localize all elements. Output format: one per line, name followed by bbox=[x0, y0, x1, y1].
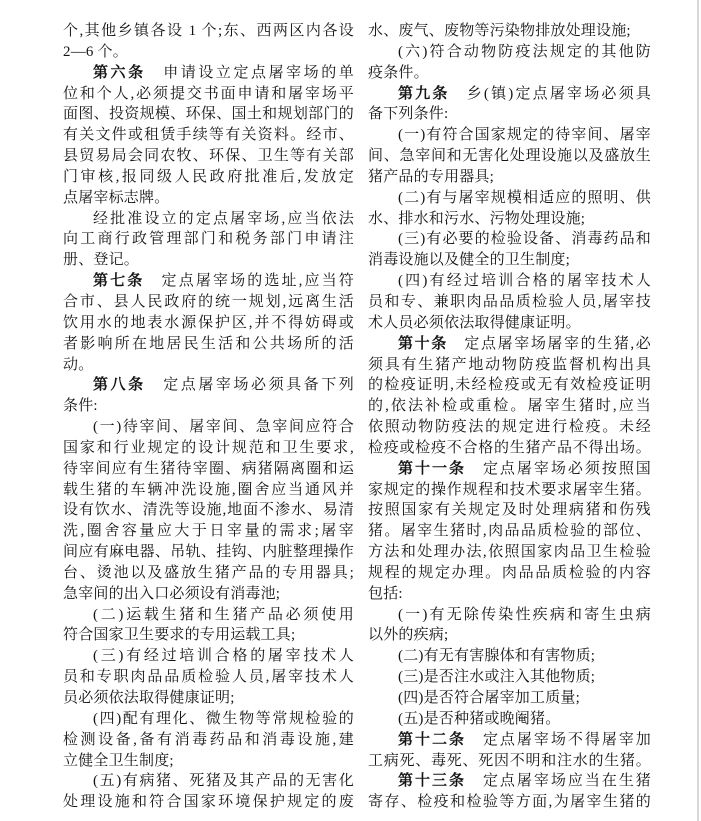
text-run: 台、烫池以及盛放生猪产品的专用器具; bbox=[63, 565, 354, 581]
text-line: 向工商行政管理部门和税务部门申请注 bbox=[63, 229, 354, 250]
text-run: 册、登记。 bbox=[63, 252, 139, 268]
text-run: 定点屠宰场必须按照国 bbox=[466, 461, 651, 477]
text-run: 合市、县人民政府的统一规划,远离生活 bbox=[63, 294, 354, 310]
text-run: 以外的疾病; bbox=[368, 627, 448, 643]
text-line: 猪产品的专用器具; bbox=[368, 167, 651, 188]
text-line: 第十一条 定点屠宰场必须按照国 bbox=[368, 459, 651, 480]
text-line: 方法和处理办法,依照国家肉品卫生检验 bbox=[368, 542, 651, 563]
text-run: (四)有经过培训合格的屠宰技术人 bbox=[398, 273, 651, 289]
text-run: 消毒设施以及健全的卫生制度; bbox=[368, 252, 570, 268]
text-run: 处理设施和符合国家环境保护规定的废 bbox=[63, 794, 354, 810]
text-line: 间、急宰间和无害化处理设施以及盛放生 bbox=[368, 146, 651, 167]
text-line: 第十条 定点屠宰场屠宰的生猪,必 bbox=[368, 334, 651, 355]
text-line: (一)有符合国家规定的待宰间、屠宰 bbox=[368, 125, 651, 146]
text-run: 定点屠宰场应当在生猪 bbox=[466, 773, 651, 789]
text-line: (一)待宰间、屠宰间、急宰间应符合 bbox=[63, 417, 354, 438]
text-line: 的,依法补检或重检。屠宰生猪时,应当 bbox=[368, 396, 651, 417]
text-line: 须具有生猪产地动物防疫监督机构出具 bbox=[368, 355, 651, 376]
text-run: (四)是否符合屠宰加工质量; bbox=[398, 690, 580, 706]
text-line: 第八条 定点屠宰场必须具备下列 bbox=[63, 375, 354, 396]
text-run: 个,其他乡镇各设 1 个;东、西两区内各设 bbox=[63, 23, 354, 39]
text-line: 猪。屠宰生猪时,肉品品质检验的部位、 bbox=[368, 521, 651, 542]
text-run: 县贸易局会同农牧、环保、卫生等有关部 bbox=[63, 148, 354, 164]
article-number-term: 第十二条 bbox=[398, 732, 466, 748]
text-line: 第六条 申请设立定点屠宰场的单 bbox=[63, 63, 354, 84]
text-line: 家规定的操作规程和技术要求屠宰生猪。 bbox=[368, 480, 651, 501]
text-line: 立健全卫生制度; bbox=[63, 751, 354, 772]
text-line: (三)有经过培训合格的屠宰技术人 bbox=[63, 646, 354, 667]
text-line: 员和专、兼职肉品品质检验人员,屠宰技 bbox=[368, 292, 651, 313]
text-line: (四)配有理化、微生物等常规检验的 bbox=[63, 709, 354, 730]
text-run: 立健全卫生制度; bbox=[63, 753, 174, 769]
article-number-term: 第十条 bbox=[398, 336, 448, 352]
text-run: 员和专、兼职肉品品质检验人员,屠宰技 bbox=[368, 294, 651, 310]
text-line: 检测设备,备有消毒药品和消毒设施,建 bbox=[63, 730, 354, 751]
text-run: (五)是否种猪或晚阉猪。 bbox=[398, 711, 560, 727]
text-run: 寄存、检疫和检验等方面,为屠宰生猪的 bbox=[368, 794, 651, 810]
text-run: 猪。屠宰生猪时,肉品品质检验的部位、 bbox=[368, 523, 651, 539]
text-run: 符合国家卫生要求的专用运载工具; bbox=[63, 627, 295, 643]
text-line: 饮用水的地表水源保护区,并不得妨碍或 bbox=[63, 313, 354, 334]
text-run: 水、排水和污水、污物处理设施; bbox=[368, 211, 585, 227]
text-run: 门审核,报同级人民政府批准后,发放定 bbox=[63, 169, 354, 185]
text-run: (三)有必要的检验设备、消毒药品和 bbox=[398, 231, 651, 247]
text-line: 洗,圈舍容量应大于日宰量的需求;屠宰 bbox=[63, 521, 354, 542]
text-run: 乡(镇)定点屠宰场必须具 bbox=[450, 86, 651, 102]
text-run: 洗,圈舍容量应大于日宰量的需求;屠宰 bbox=[63, 523, 354, 539]
text-run: 检测设备,备有消毒药品和消毒设施,建 bbox=[63, 732, 354, 748]
text-run: 依照动物防疫法的规定进行检疫。未经 bbox=[368, 419, 651, 435]
text-run: (二)有与屠宰规模相适应的照明、供 bbox=[398, 190, 651, 206]
text-run: 待宰间应有生猪待宰圈、病猪隔离圈和运 bbox=[63, 461, 354, 477]
text-line: 术人员必须依法取得健康证明。 bbox=[368, 313, 651, 334]
text-run: (一)有无除传染性疾病和寄生虫病 bbox=[398, 607, 651, 623]
article-number-term: 第十三条 bbox=[398, 773, 466, 789]
text-line: 2—6 个。 bbox=[63, 42, 354, 63]
text-run: 的,依法补检或重检。屠宰生猪时,应当 bbox=[368, 398, 651, 414]
text-line: (二)运载生猪和生猪产品必须使用 bbox=[63, 605, 354, 626]
text-run: (三)是否注水或注入其他物质; bbox=[398, 669, 595, 685]
text-line: 合市、县人民政府的统一规划,远离生活 bbox=[63, 292, 354, 313]
text-run: 检疫或检疫不合格的生猪产品不得出场。 bbox=[368, 440, 651, 456]
text-column-left: 个,其他乡镇各设 1 个;东、西两区内各设2—6 个。第六条 申请设立定点屠宰场… bbox=[63, 21, 354, 813]
text-line: 位和个人,必须提交书面申请和屠宰场平 bbox=[63, 84, 354, 105]
text-run: 疫条件。 bbox=[368, 65, 429, 81]
text-line: 的检疫证明,未经检疫或无有效检疫证明 bbox=[368, 375, 651, 396]
text-line: 载生猪的车辆冲洗设施,圈舍应当通风并 bbox=[63, 480, 354, 501]
text-line: 册、登记。 bbox=[63, 250, 354, 271]
article-number-term: 第十一条 bbox=[398, 461, 466, 477]
text-column-right: 水、废气、废物等污染物排放处理设施;(六)符合动物防疫法规定的其他防疫条件。第九… bbox=[368, 21, 651, 813]
text-line: 设有饮水、清洗等设施,地面不渗水、易清 bbox=[63, 500, 354, 521]
text-run: 方法和处理办法,依照国家肉品卫生检验 bbox=[368, 544, 651, 560]
text-line: 以外的疾病; bbox=[368, 625, 651, 646]
text-run: (三)有经过培训合格的屠宰技术人 bbox=[93, 648, 354, 664]
text-run: 定点屠宰场不得屠宰加 bbox=[466, 732, 651, 748]
text-line: 寄存、检疫和检验等方面,为屠宰生猪的 bbox=[368, 792, 651, 813]
text-line: 疫条件。 bbox=[368, 63, 651, 84]
text-run: (一)待宰间、屠宰间、急宰间应符合 bbox=[93, 419, 354, 435]
text-run: 申请设立定点屠宰场的单 bbox=[146, 65, 354, 81]
text-run: 备下列条件: bbox=[368, 106, 448, 122]
text-run: 定点屠宰场的选址,应当符 bbox=[144, 273, 354, 289]
text-line: (四)是否符合屠宰加工质量; bbox=[368, 688, 651, 709]
text-line: 者影响所在地居民生活和公共场所的活 bbox=[63, 334, 354, 355]
text-line: 水、排水和污水、污物处理设施; bbox=[368, 209, 651, 230]
text-run: 间应有麻电器、吊轨、挂钩、内脏整理操作 bbox=[63, 544, 354, 560]
text-line: 国家和行业规定的设计规范和卫生要求, bbox=[63, 438, 354, 459]
text-line: 员必须依法取得健康证明; bbox=[63, 688, 354, 709]
text-run: (六)符合动物防疫法规定的其他防 bbox=[398, 44, 651, 60]
text-run: 家规定的操作规程和技术要求屠宰生猪。 bbox=[368, 482, 651, 498]
text-run: 水、废气、废物等污染物排放处理设施; bbox=[368, 23, 631, 39]
text-run: 包括: bbox=[368, 586, 403, 602]
document-page: 个,其他乡镇各设 1 个;东、西两区内各设2—6 个。第六条 申请设立定点屠宰场… bbox=[0, 0, 701, 821]
text-run: 术人员必须依法取得健康证明。 bbox=[368, 315, 581, 331]
text-run: 员必须依法取得健康证明; bbox=[63, 690, 235, 706]
text-run: 须具有生猪产地动物防疫监督机构出具 bbox=[368, 357, 651, 373]
text-line: 面图、投资规模、环保、国土和规划部门的 bbox=[63, 104, 354, 125]
text-run: 饮用水的地表水源保护区,并不得妨碍或 bbox=[63, 315, 354, 331]
text-line: 第十二条 定点屠宰场不得屠宰加 bbox=[368, 730, 651, 751]
text-line: 备下列条件: bbox=[368, 104, 651, 125]
text-line: 检疫或检疫不合格的生猪产品不得出场。 bbox=[368, 438, 651, 459]
text-run: (二)运载生猪和生猪产品必须使用 bbox=[93, 607, 354, 623]
article-number-term: 第六条 bbox=[93, 65, 146, 81]
text-line: (一)有无除传染性疾病和寄生虫病 bbox=[368, 605, 651, 626]
text-line: 处理设施和符合国家环境保护规定的废 bbox=[63, 792, 354, 813]
text-run: 按照国家有关规定及时处理病猪和伤残 bbox=[368, 502, 651, 518]
article-number-term: 第八条 bbox=[93, 377, 146, 393]
text-line: 依照动物防疫法的规定进行检疫。未经 bbox=[368, 417, 651, 438]
text-line: 第九条 乡(镇)定点屠宰场必须具 bbox=[368, 84, 651, 105]
text-run: 位和个人,必须提交书面申请和屠宰场平 bbox=[63, 86, 354, 102]
text-line: 条件: bbox=[63, 396, 354, 417]
text-line: 门审核,报同级人民政府批准后,发放定 bbox=[63, 167, 354, 188]
text-run: 国家和行业规定的设计规范和卫生要求, bbox=[63, 440, 354, 456]
text-line: (五)有病猪、死猪及其产品的无害化 bbox=[63, 771, 354, 792]
text-run: 工病死、毒死、死因不明和注水的生猪。 bbox=[368, 753, 651, 769]
text-run: 的检疫证明,未经检疫或无有效检疫证明 bbox=[368, 377, 651, 393]
text-run: 有关文件或租赁手续等有关资料。经市、 bbox=[63, 127, 354, 143]
text-line: 水、废气、废物等污染物排放处理设施; bbox=[368, 21, 651, 42]
text-run: 设有饮水、清洗等设施,地面不渗水、易清 bbox=[63, 502, 354, 518]
text-line: (五)是否种猪或晚阉猪。 bbox=[368, 709, 651, 730]
text-line: 台、烫池以及盛放生猪产品的专用器具; bbox=[63, 563, 354, 584]
text-line: (三)是否注水或注入其他物质; bbox=[368, 667, 651, 688]
text-line: 第七条 定点屠宰场的选址,应当符 bbox=[63, 271, 354, 292]
text-line: 有关文件或租赁手续等有关资料。经市、 bbox=[63, 125, 354, 146]
text-run: 条件: bbox=[63, 398, 98, 414]
text-run: (二)有无有害腺体和有害物质; bbox=[398, 648, 595, 664]
text-line: 待宰间应有生猪待宰圈、病猪隔离圈和运 bbox=[63, 459, 354, 480]
scan-edge-line bbox=[697, 0, 699, 821]
text-line: 急宰间的出入口必须设有消毒池; bbox=[63, 584, 354, 605]
text-run: 员和专职肉品品质检验人员,屠宰技术人 bbox=[63, 669, 354, 685]
text-run: 者影响所在地居民生活和公共场所的活 bbox=[63, 336, 354, 352]
text-line: (二)有与屠宰规模相适应的照明、供 bbox=[368, 188, 651, 209]
text-run: 规程的规定办理。肉品品质检验的内容 bbox=[368, 565, 651, 581]
text-run: 猪产品的专用器具; bbox=[368, 169, 494, 185]
text-run: 面图、投资规模、环保、国土和规划部门的 bbox=[63, 106, 354, 122]
text-run: 间、急宰间和无害化处理设施以及盛放生 bbox=[368, 148, 651, 164]
text-line: 个,其他乡镇各设 1 个;东、西两区内各设 bbox=[63, 21, 354, 42]
text-line: (二)有无有害腺体和有害物质; bbox=[368, 646, 651, 667]
text-line: (四)有经过培训合格的屠宰技术人 bbox=[368, 271, 651, 292]
text-run: 点屠宰标志牌。 bbox=[63, 190, 169, 206]
text-run: 急宰间的出入口必须设有消毒池; bbox=[63, 586, 280, 602]
text-line: 县贸易局会同农牧、环保、卫生等有关部 bbox=[63, 146, 354, 167]
text-run: 载生猪的车辆冲洗设施,圈舍应当通风并 bbox=[63, 482, 354, 498]
text-run: (一)有符合国家规定的待宰间、屠宰 bbox=[398, 127, 651, 143]
text-run: 2—6 个。 bbox=[63, 44, 128, 60]
text-run: 动。 bbox=[63, 357, 93, 373]
text-run: 经批准设立的定点屠宰场,应当依法 bbox=[93, 211, 354, 227]
article-number-term: 第九条 bbox=[398, 86, 450, 102]
text-line: 员和专职肉品品质检验人员,屠宰技术人 bbox=[63, 667, 354, 688]
text-line: 动。 bbox=[63, 355, 354, 376]
text-run: 定点屠宰场屠宰的生猪,必 bbox=[448, 336, 651, 352]
text-run: 向工商行政管理部门和税务部门申请注 bbox=[63, 231, 354, 247]
text-line: 点屠宰标志牌。 bbox=[63, 188, 354, 209]
article-number-term: 第七条 bbox=[93, 273, 144, 289]
text-line: 第十三条 定点屠宰场应当在生猪 bbox=[368, 771, 651, 792]
text-line: 工病死、毒死、死因不明和注水的生猪。 bbox=[368, 751, 651, 772]
text-line: 符合国家卫生要求的专用运载工具; bbox=[63, 625, 354, 646]
text-line: 消毒设施以及健全的卫生制度; bbox=[368, 250, 651, 271]
text-line: (六)符合动物防疫法规定的其他防 bbox=[368, 42, 651, 63]
text-run: (五)有病猪、死猪及其产品的无害化 bbox=[93, 773, 354, 789]
text-run: (四)配有理化、微生物等常规检验的 bbox=[93, 711, 354, 727]
text-line: 按照国家有关规定及时处理病猪和伤残 bbox=[368, 500, 651, 521]
text-line: 包括: bbox=[368, 584, 651, 605]
text-run: 定点屠宰场必须具备下列 bbox=[146, 377, 354, 393]
text-line: 经批准设立的定点屠宰场,应当依法 bbox=[63, 209, 354, 230]
text-line: 间应有麻电器、吊轨、挂钩、内脏整理操作 bbox=[63, 542, 354, 563]
text-line: 规程的规定办理。肉品品质检验的内容 bbox=[368, 563, 651, 584]
text-line: (三)有必要的检验设备、消毒药品和 bbox=[368, 229, 651, 250]
